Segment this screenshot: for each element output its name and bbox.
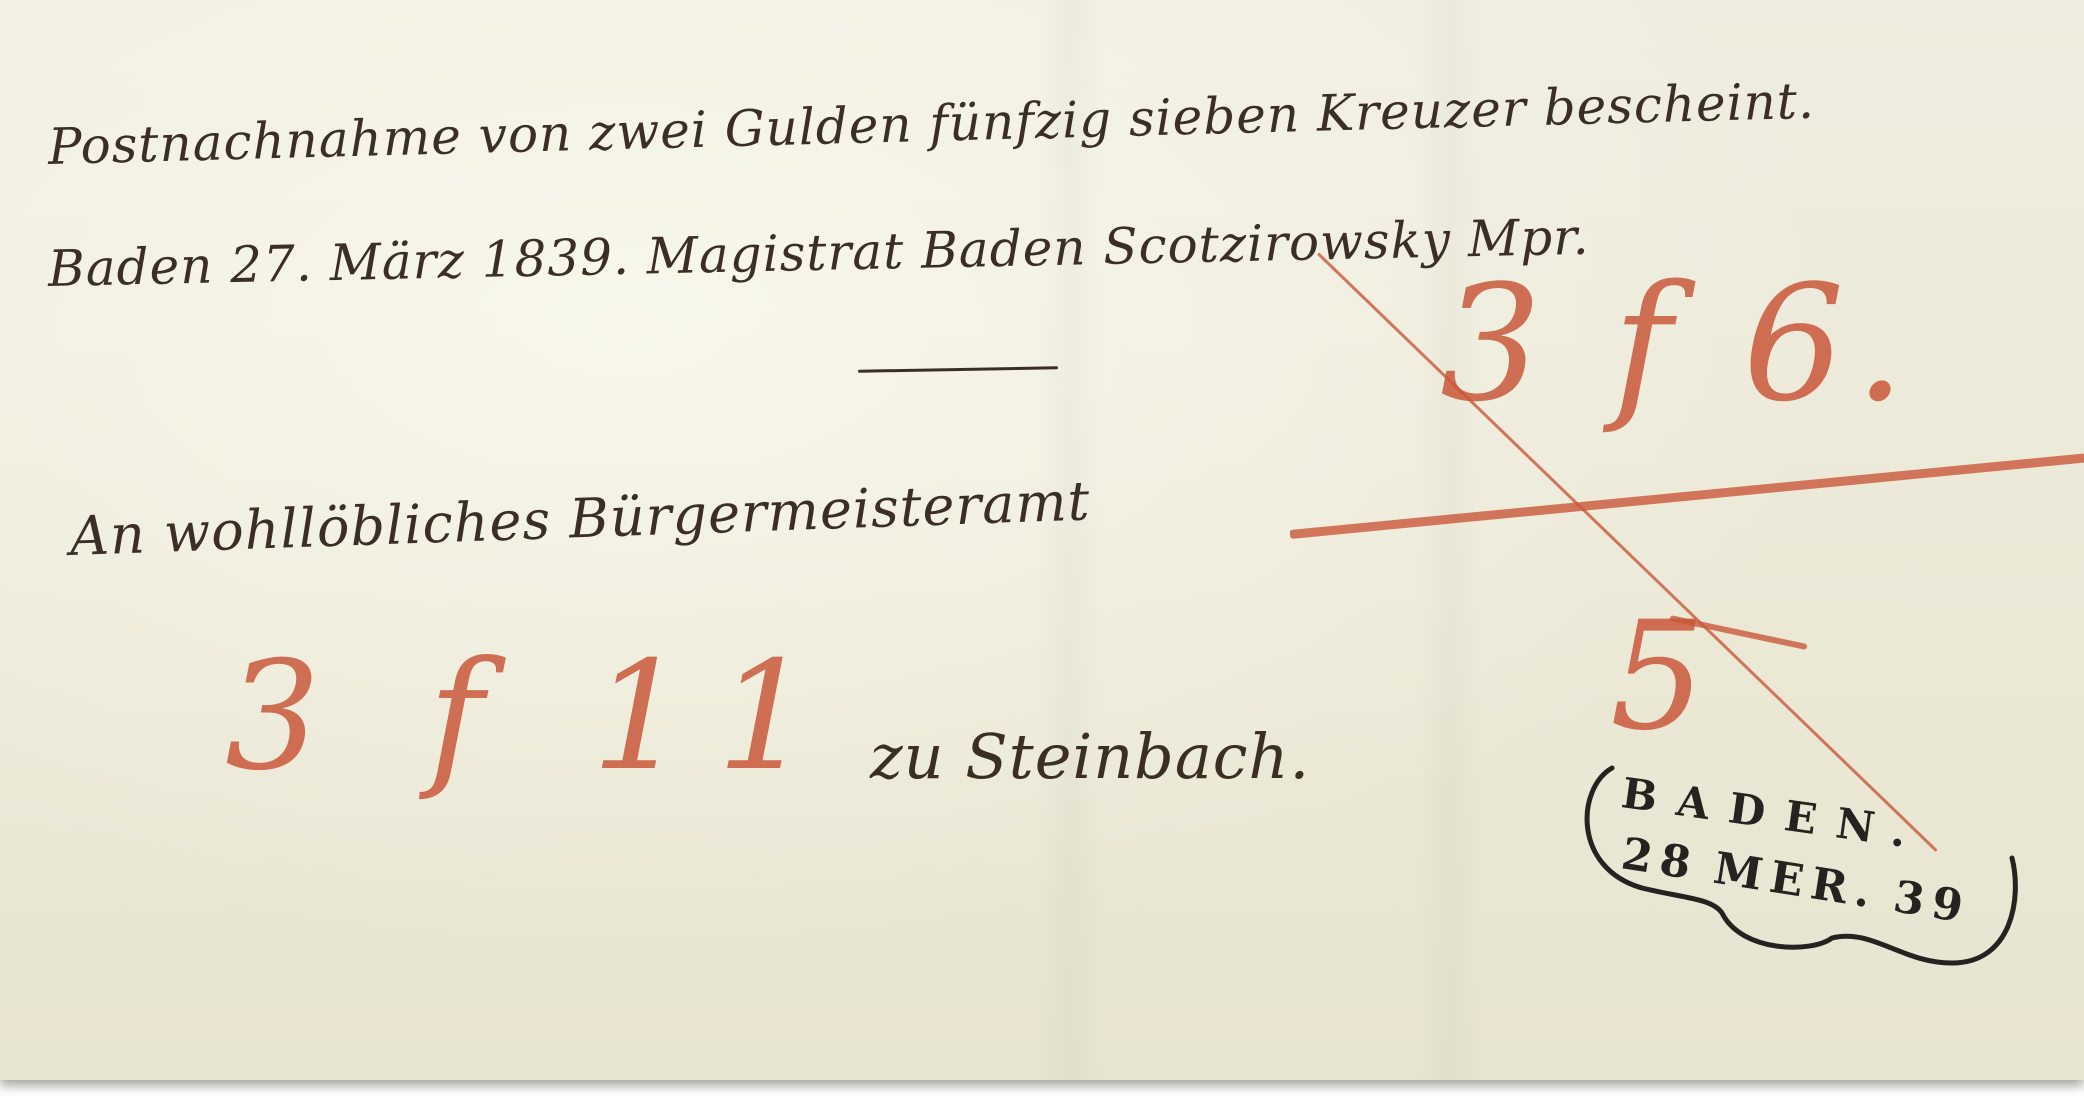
paper-fold [1420, 0, 1480, 1080]
manuscript-line-1: Postnachnahme von zwei Gulden fünfzig si… [47, 72, 1815, 176]
separator-rule [858, 366, 1058, 372]
postage-rate-right: 3 f 6. [1440, 250, 1915, 437]
destination-line: zu Steinbach. [870, 720, 1310, 793]
paper-fold [1040, 0, 1100, 1080]
crayon-strike-horizontal [1290, 453, 2084, 539]
manuscript-line-2: Baden 27. März 1839. Magistrat Baden Sco… [47, 208, 1590, 298]
postmark-stamp: BADEN. 28MER.39 [1572, 748, 2022, 968]
postage-rate-left: 3 f 11 [225, 630, 842, 804]
addressee-line: An wohllöbliches Bürgermeisteramt [69, 469, 1091, 568]
letter-sheet: Postnachnahme von zwei Gulden fünfzig si… [0, 0, 2084, 1080]
